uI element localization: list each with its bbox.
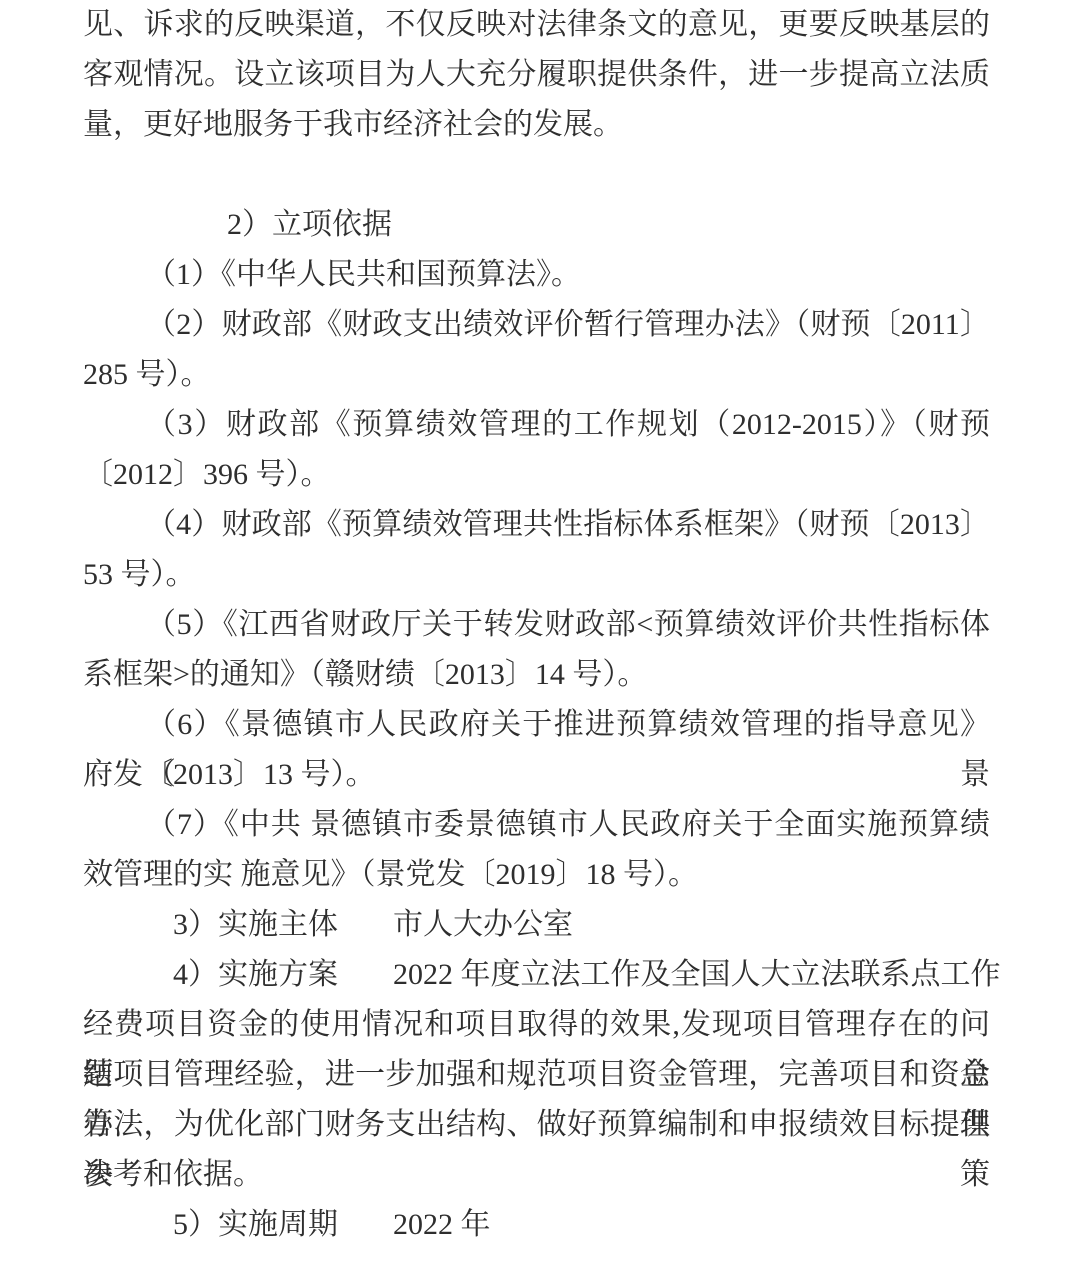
text-line: 53 号）。 [83,550,990,600]
text-line: 效管理的实 施意见》（景党发〔2019〕18 号）。 [83,850,990,900]
text-line: 系框架>的通知》（赣财绩〔2013〕14 号）。 [83,650,990,700]
text-line: （4）财政部《预算绩效管理共性指标体系框架》（财预〔2013〕 [83,500,990,550]
text-line: 〔2012〕396 号）。 [83,450,990,500]
field-label: 4）实施方案 [173,958,338,991]
text-line: 客观情况。设立该项目为人大充分履职提供条件，进一步提高立法质 [83,50,990,100]
text-line: 5）实施周期2022 年 [83,1200,990,1250]
text-line: （2）财政部《财政支出绩效评价暂行管理办法》（财预〔2011〕 [83,300,990,350]
text-line: 经费项目资金的使用情况和项目取得的效果,发现项目管理存在的问题，总 [83,1000,990,1050]
text-line: 4）实施方案2022 年度立法工作及全国人大立法联系点工作 [83,950,990,1000]
field-label: 3）实施主体 [173,908,338,941]
document-page: 见、诉求的反映渠道，不仅反映对法律条文的意见，更要反映基层的客观情况。设立该项目… [0,0,1074,1265]
text-line: 办法，为优化部门财务支出结构、做好预算编制和申报绩效目标提供决策 [83,1100,990,1150]
text-line: （3）财政部《预算绩效管理的工作规划（2012-2015）》（财预 [83,400,990,450]
text-line: （1）《中华人民共和国预算法》。 [83,250,990,300]
text-line: 见、诉求的反映渠道，不仅反映对法律条文的意见，更要反映基层的 [83,0,990,50]
blank-line [83,150,990,200]
field-value: 市人大办公室 [393,908,573,941]
text-line: （6）《景德镇市人民政府关于推进预算绩效管理的指导意见》（景 [83,700,990,750]
text-line: 3）实施主体市人大办公室 [83,900,990,950]
text-line: 2）立项依据 [83,200,990,250]
text-line: （5）《江西省财政厅关于转发财政部<预算绩效评价共性指标体 [83,600,990,650]
text-line: 量，更好地服务于我市经济社会的发展。 [83,100,990,150]
field-value: 2022 年 [393,1208,491,1241]
text-line: 结项目管理经验，进一步加强和规范项目资金管理，完善项目和资金管理 [83,1050,990,1100]
text-lines: 见、诉求的反映渠道，不仅反映对法律条文的意见，更要反映基层的客观情况。设立该项目… [83,0,990,1250]
text-line: 285 号）。 [83,350,990,400]
text-line: （7）《中共 景德镇市委景德镇市人民政府关于全面实施预算绩 [83,800,990,850]
field-label: 5）实施周期 [173,1208,338,1241]
field-value: 2022 年度立法工作及全国人大立法联系点工作 [393,958,1001,991]
